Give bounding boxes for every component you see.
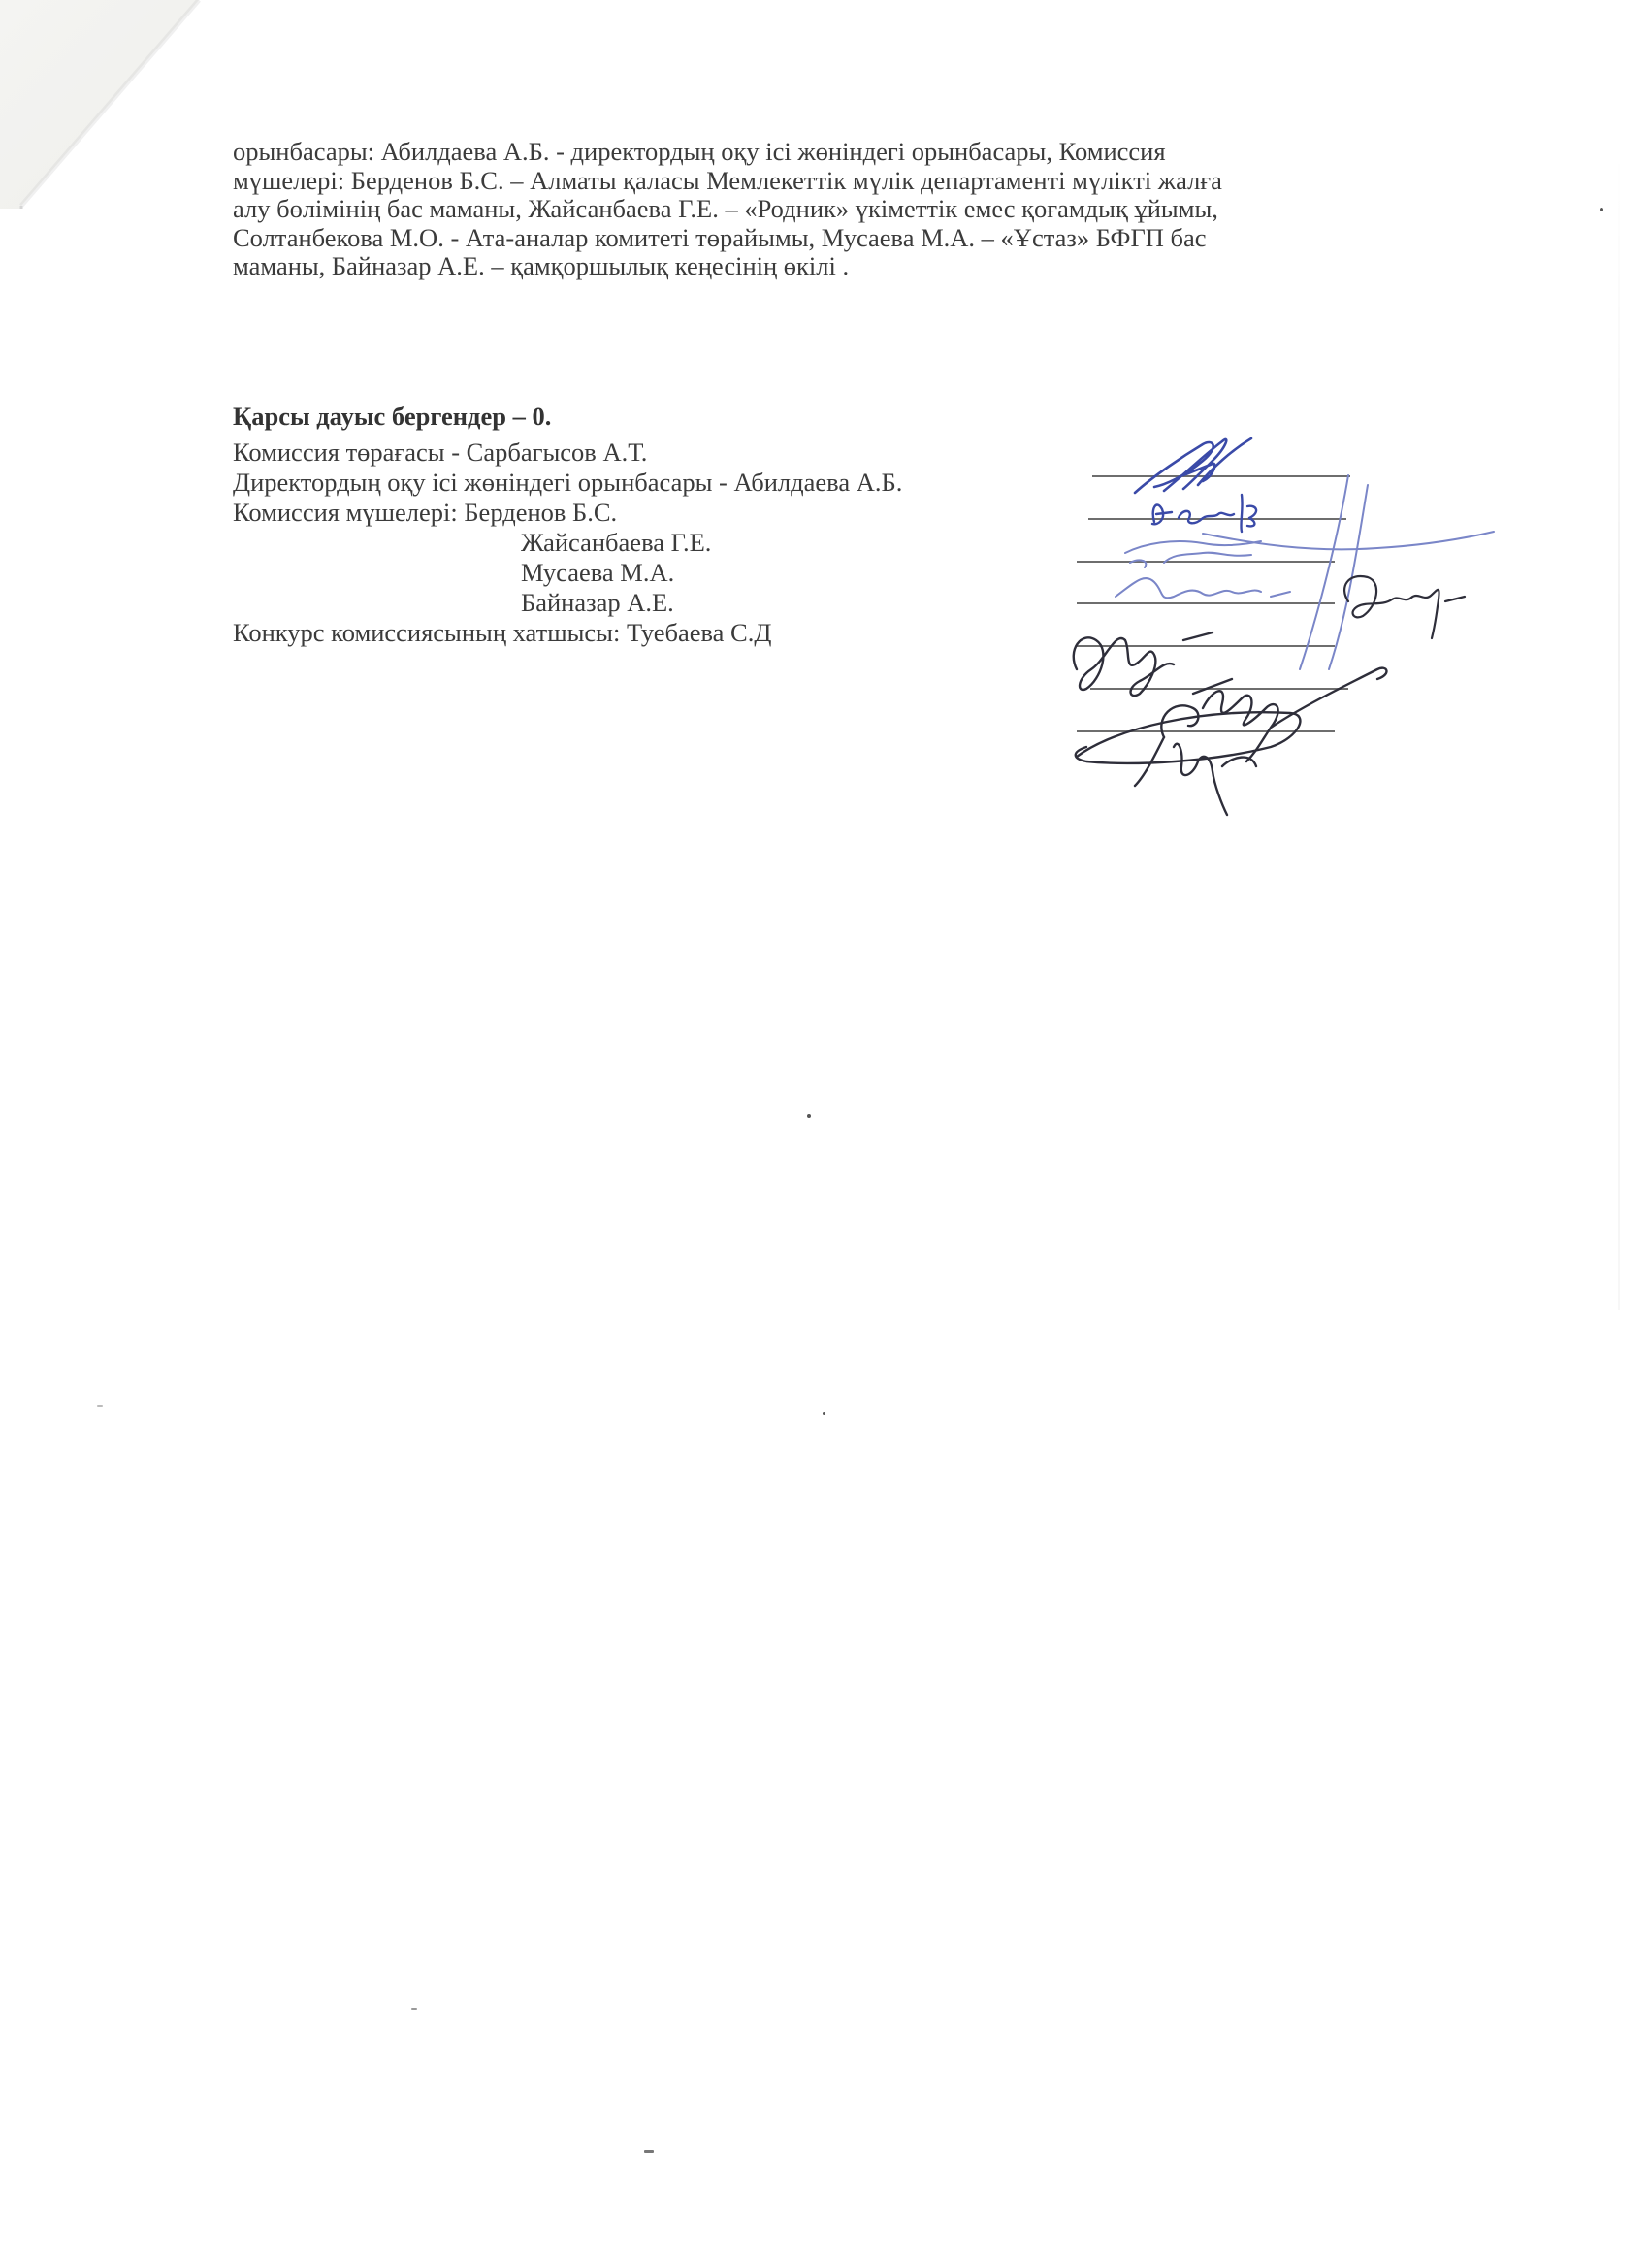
- signatory-member: Жайсанбаева Г.Е.: [521, 529, 711, 558]
- signature-zhaisanbayeva-right: [1344, 576, 1465, 638]
- signature-zhaisanbayeva: [1115, 475, 1368, 669]
- signature-line: [1077, 645, 1335, 647]
- signatory-deputy-director: Директордың оқу ісі жөніндегі орынбасары…: [233, 469, 902, 498]
- paragraph-line: мүшелері: Берденов Б.С. – Алматы қаласы …: [233, 167, 1610, 196]
- scan-speck: [807, 1114, 811, 1118]
- scan-speck: [644, 2150, 654, 2153]
- signature-line: [1077, 561, 1335, 563]
- handwritten-signatures: [1057, 417, 1600, 825]
- signature-line: [1092, 475, 1350, 477]
- scan-speck: [97, 1405, 103, 1407]
- signature-line: [1077, 730, 1335, 732]
- signature-musayeva: [1074, 632, 1212, 696]
- paragraph-line: орынбасары: Абилдаева А.Б. - директордың…: [233, 138, 1610, 167]
- scan-speck: [823, 1412, 825, 1415]
- signature-line: [1088, 518, 1346, 520]
- paragraph-line: маманы, Байназар А.Е. – қамқоршылық кеңе…: [233, 252, 1610, 281]
- votes-against-heading: Қарсы дауыс бергендер – 0.: [233, 403, 551, 432]
- signature-chairman: [1135, 438, 1251, 493]
- scan-edge: [1618, 146, 1620, 1310]
- signatory-chairman: Комиссия төрағасы - Сарбагысов А.Т.: [233, 438, 647, 468]
- signature-line: [1090, 688, 1348, 690]
- signature-tuebayeva: [1076, 712, 1301, 815]
- commission-members-paragraph: орынбасары: Абилдаева А.Б. - директордың…: [233, 138, 1610, 281]
- folded-page-corner: [0, 0, 204, 209]
- signatory-members-label: Комиссия мүшелері: Берденов Б.С.: [233, 499, 617, 528]
- signatory-member: Байназар А.Е.: [521, 589, 674, 618]
- signatory-secretary: Конкурс комиссиясының хатшысы: Туебаева …: [233, 619, 771, 648]
- scan-speck: [1600, 208, 1603, 211]
- paragraph-line: алу бөлімінің бас маманы, Жайсанбаева Г.…: [233, 195, 1610, 224]
- signatory-member: Мусаева М.А.: [521, 559, 674, 588]
- signature-deputy: [1152, 495, 1256, 532]
- paragraph-line: Солтанбекова М.О. - Ата-аналар комитеті …: [233, 224, 1610, 253]
- scan-speck: [411, 2008, 417, 2010]
- signature-baynazar: [1161, 668, 1386, 761]
- signature-line: [1077, 602, 1335, 604]
